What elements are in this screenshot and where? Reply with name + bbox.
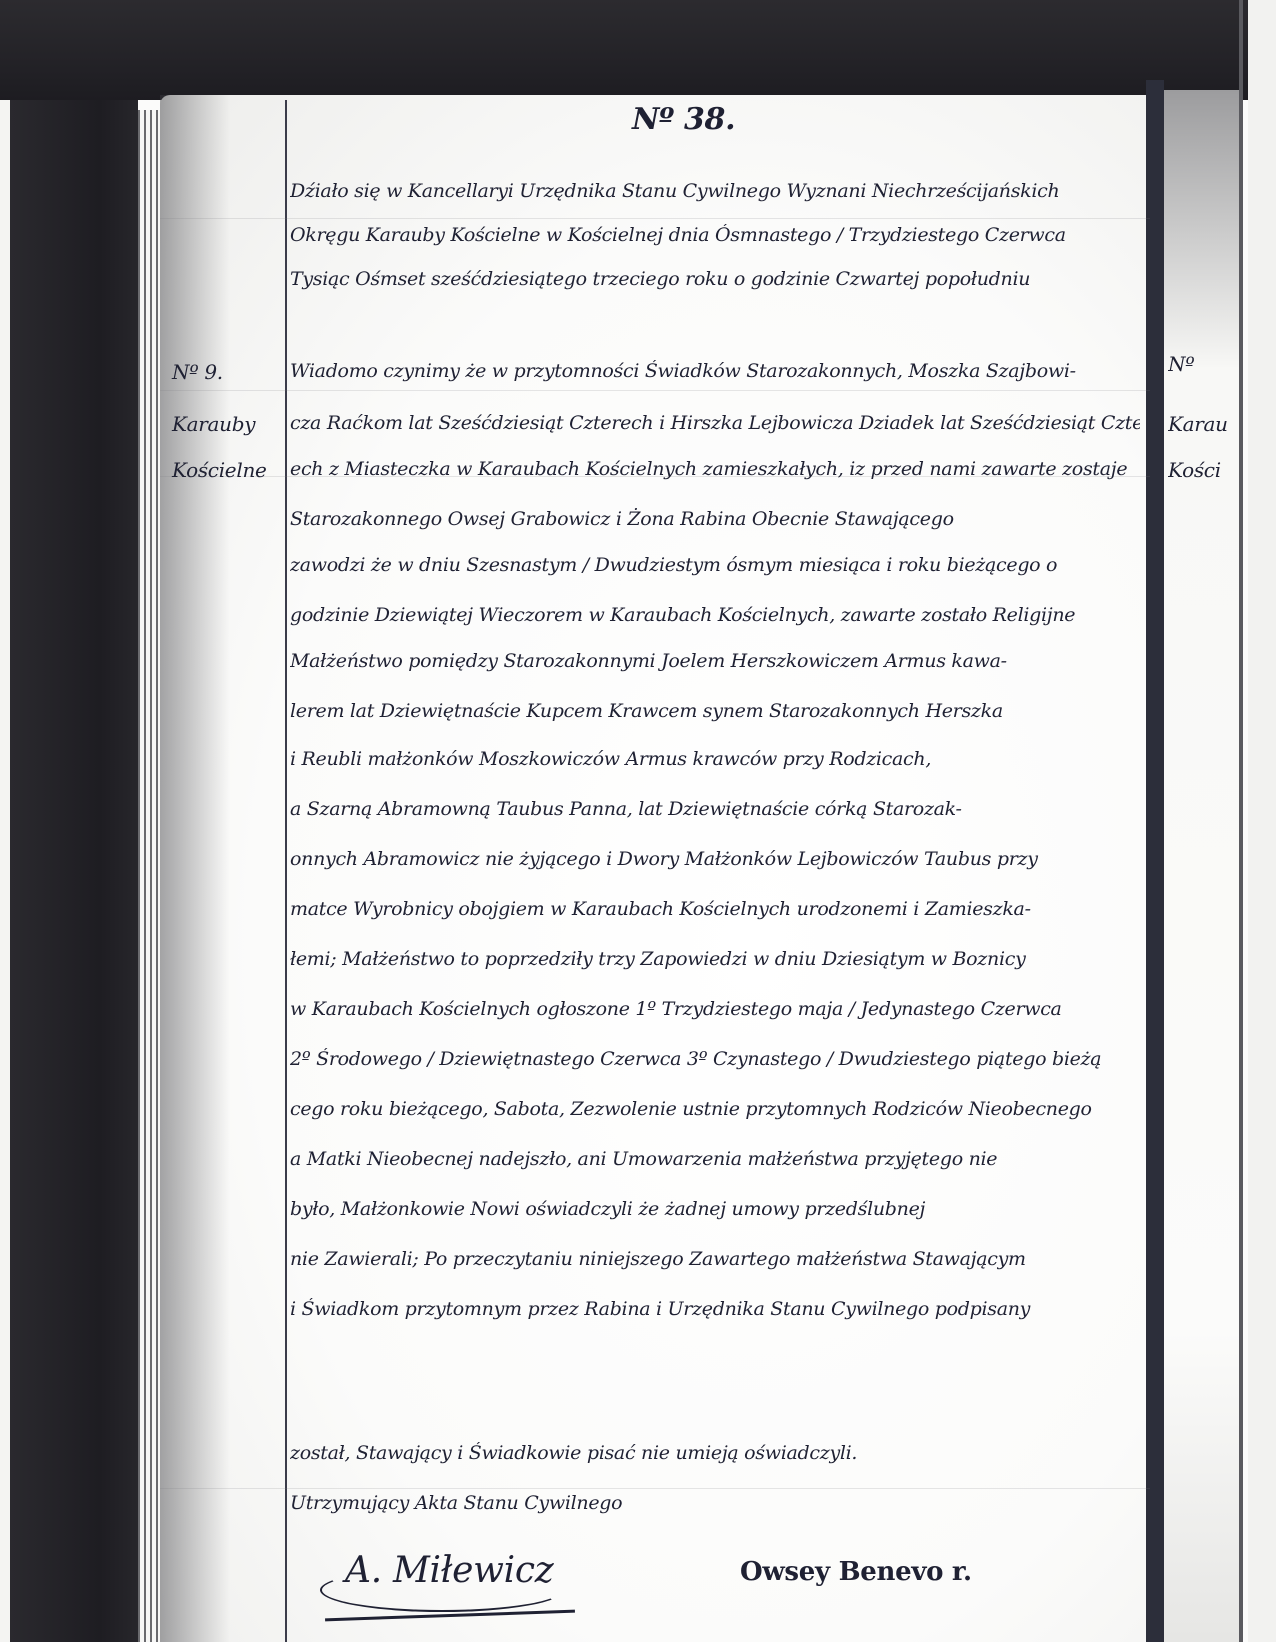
text-line: i Reubli małżonków Moszkowiczów Armus kr… [290, 748, 1140, 770]
text-line: ech z Miasteczka w Karaubach Kościelnych… [290, 458, 1140, 480]
text-line: cego roku bieżącego, Sabota, Zezwolenie … [290, 1098, 1140, 1120]
text-line: Wiadomo czynimy że w przytomności Świadk… [290, 360, 1140, 382]
registrar-signature: A. Miłewicz [345, 1550, 553, 1591]
scan-left-edge [0, 0, 10, 1642]
binding-shadow-left [10, 0, 138, 1642]
margin-entry-number: Nº 9. [172, 360, 223, 384]
right-margin-entry-number: Nº [1168, 352, 1240, 376]
next-page-strip [1164, 90, 1239, 1642]
page-gutter-shadow [160, 95, 230, 1642]
next-page-edge-bar [1146, 80, 1164, 1642]
ruled-line [160, 1488, 1150, 1489]
text-line: i Świadkom przytomnym przez Rabina i Urz… [290, 1298, 1140, 1320]
text-line: cza Raćkom lat Sześćdziesiąt Czterech i … [290, 412, 1140, 434]
binding-shadow-top [0, 0, 1248, 100]
right-margin-place: Karau [1168, 412, 1240, 436]
scan-right-margin [1248, 0, 1276, 1642]
text-line: a Matki Nieobecnej nadejszło, ani Umowar… [290, 1148, 1140, 1170]
text-line: w Karaubach Kościelnych ogłoszone 1º Trz… [290, 998, 1140, 1020]
act-number: Nº 38. [632, 102, 735, 137]
text-line: było, Małżonkowie Nowi oświadczyli że ża… [290, 1198, 1140, 1220]
text-line: godzinie Dziewiątej Wieczorem w Karaubac… [290, 604, 1140, 626]
text-line: Utrzymujący Akta Stanu Cywilnego [290, 1492, 1140, 1514]
text-line: Starozakonnego Owsej Grabowicz i Żona Ra… [290, 508, 1140, 530]
text-line: lerem lat Dziewiętnaście Kupcem Krawcem … [290, 700, 1140, 722]
margin-place-detail: Kościelne [172, 458, 267, 482]
ruled-line [160, 390, 1150, 391]
text-line: a Szarną Abramowną Taubus Panna, lat Dzi… [290, 798, 1140, 820]
text-line: 2º Środowego / Dziewiętnastego Czerwca 3… [290, 1048, 1140, 1070]
text-line: Małżeństwo pomiędzy Starozakonnymi Joele… [290, 650, 1140, 672]
text-line: onnych Abramowicz nie żyjącego i Dwory M… [290, 848, 1140, 870]
text-line: matce Wyrobnicy obojgiem w Karaubach Koś… [290, 898, 1140, 920]
text-line: łemi; Małżeństwo to poprzedziły trzy Zap… [290, 948, 1140, 970]
text-line: Dźiało się w Kancellaryi Urzędnika Stanu… [290, 180, 1140, 202]
text-line: Tysiąc Ośmset sześćdziesiątego trzeciego… [290, 268, 1140, 290]
rabbi-signature: Owsey Benevo r. [740, 1557, 972, 1587]
text-line: zawodzi że w dniu Szesnastym / Dwudziest… [290, 554, 1140, 576]
text-line: Okręgu Karauby Kościelne w Kościelnej dn… [290, 224, 1140, 246]
right-margin-place-detail: Kości [1168, 458, 1240, 482]
text-line: został, Stawający i Świadkowie pisać nie… [290, 1442, 1140, 1464]
margin-column-rule [285, 100, 287, 1642]
right-edge-rule [1239, 0, 1243, 1642]
text-line: nie Zawierali; Po przeczytaniu niniejsze… [290, 1248, 1140, 1270]
ruled-line [160, 218, 1150, 219]
margin-place: Karauby [172, 412, 255, 436]
